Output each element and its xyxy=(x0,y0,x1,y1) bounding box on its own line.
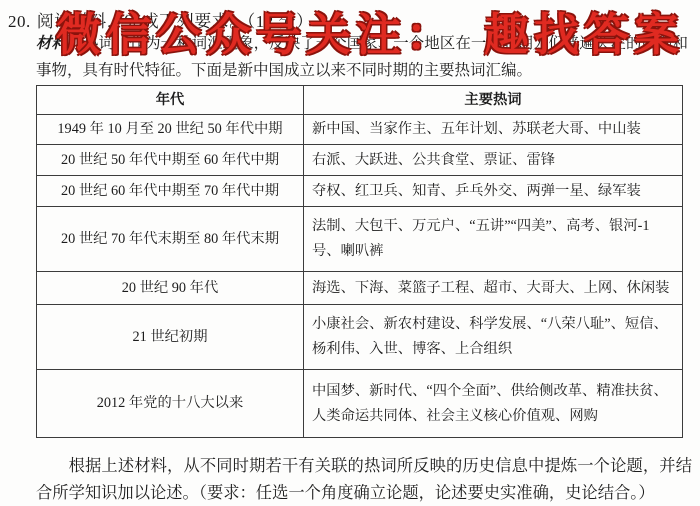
era-cell: 20 世纪 50 年代中期至 60 年代中期 xyxy=(37,145,304,176)
words-column-header: 主要热词 xyxy=(304,86,683,115)
table-row: 20 世纪 90 年代 海选、下海、菜篮子工程、超市、大哥大、上网、休闲装 xyxy=(37,272,683,305)
table-row: 21 世纪初期 小康社会、新农村建设、科学发展、“八荣八耻”、短信、杨利伟、入世… xyxy=(37,305,683,370)
era-cell: 1949 年 10 月至 20 世纪 50 年代中期 xyxy=(37,115,304,145)
table-header-row: 年代 主要热词 xyxy=(37,86,683,115)
words-cell: 海选、下海、菜篮子工程、超市、大哥大、上网、休闲装 xyxy=(304,272,683,305)
words-cell: 夺权、红卫兵、知青、乒乓外交、两弹一星、绿军装 xyxy=(304,176,683,207)
question-stem: 阅读材料，完成下列要求。（12 分） xyxy=(37,12,314,31)
era-cell: 20 世纪 90 年代 xyxy=(37,272,304,305)
words-cell: 右派、大跃进、公共食堂、票证、雷锋 xyxy=(304,145,683,176)
words-cell: 中国梦、新时代、“四个全面”、供给侧改革、精准扶贫、人类命运共同体、社会主义核心… xyxy=(304,370,683,438)
table-row: 20 世纪 70 年代末期至 80 年代末期 法制、大包干、万元户、“五讲”“四… xyxy=(37,207,683,272)
era-cell: 20 世纪 60 年代中期至 70 年代中期 xyxy=(37,176,304,207)
table-row: 20 世纪 60 年代中期至 70 年代中期 夺权、红卫兵、知青、乒乓外交、两弹… xyxy=(37,176,683,207)
task-paragraph: 根据上述材料，从不同时期若干有关联的热词所反映的历史信息中提炼一个论题，并结合所… xyxy=(36,452,692,506)
words-cell: 新中国、当家作主、五年计划、苏联老大哥、中山装 xyxy=(304,115,683,145)
table-row: 1949 年 10 月至 20 世纪 50 年代中期 新中国、当家作主、五年计划… xyxy=(37,115,683,145)
era-cell: 21 世纪初期 xyxy=(37,305,304,370)
question-line: 20.阅读材料，完成下列要求。（12 分） xyxy=(8,7,314,32)
table-row: 2012 年党的十八大以来 中国梦、新时代、“四个全面”、供给侧改革、精准扶贫、… xyxy=(37,370,683,438)
era-cell: 2012 年党的十八大以来 xyxy=(37,370,304,438)
exam-page: 20.阅读材料，完成下列要求。（12 分） 材料热词，作为一种词汇现象，反映了一… xyxy=(0,0,700,506)
table-row: 20 世纪 50 年代中期至 60 年代中期 右派、大跃进、公共食堂、票证、雷锋 xyxy=(37,145,683,176)
question-number: 20. xyxy=(8,12,31,31)
words-cell: 法制、大包干、万元户、“五讲”“四美”、高考、银河-1号、喇叭裤 xyxy=(304,207,683,272)
material-text: 热词，作为一种词汇现象，反映了一个国家、一个地区在一个时期人们普遍关注的问题和事… xyxy=(36,35,688,79)
material-label: 材料 xyxy=(36,35,67,52)
material-paragraph: 材料热词，作为一种词汇现象，反映了一个国家、一个地区在一个时期人们普遍关注的问题… xyxy=(36,30,688,84)
hotwords-table: 年代 主要热词 1949 年 10 月至 20 世纪 50 年代中期 新中国、当… xyxy=(36,85,683,438)
era-column-header: 年代 xyxy=(37,86,304,115)
words-cell: 小康社会、新农村建设、科学发展、“八荣八耻”、短信、杨利伟、入世、博客、上合组织 xyxy=(304,305,683,370)
era-cell: 20 世纪 70 年代末期至 80 年代末期 xyxy=(37,207,304,272)
